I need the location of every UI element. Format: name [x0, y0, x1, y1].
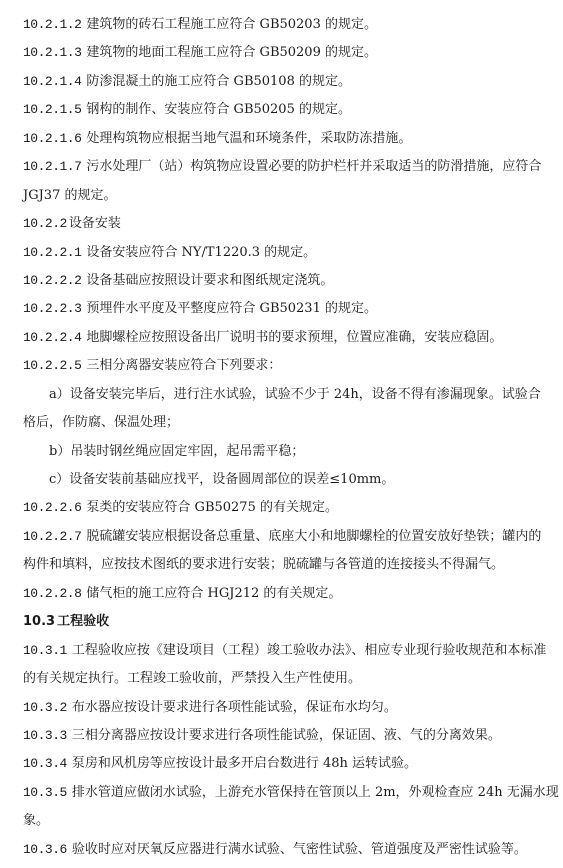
clause-number: 10.3.2: [23, 700, 67, 715]
clause-10-3-2: 10.3.2布水器应按设计要求进行各项性能试验，保证布水均匀。: [23, 694, 543, 722]
clause-text: 储气柜的施工应符合 HGJ212 的有关规定。: [86, 586, 341, 601]
clause-10-3-6: 10.3.6验收时应对厌氧反应器进行满水试验、气密性试验、管道强度及严密性试验等…: [23, 836, 543, 864]
clause-text: 排水管道应做闭水试验，上游充水管保持在管顶以上 2m，外观检查应 24h 无漏水…: [72, 785, 559, 800]
clause-10-2-1-5: 10.2.1.5钢构的制作、安装应符合 GB50205 的规定。: [23, 96, 543, 124]
clause-10-2-1-2: 10.2.1.2建筑物的砖石工程施工应符合 GB50203 的规定。: [23, 11, 543, 39]
clause-10-3-1: 10.3.1工程验收应按《建设项目（工程）竣工验收办法》、相应专业现行验收规范和…: [23, 637, 543, 665]
list-item-text: c）设备安装前基础应找平，设备圆周部位的误差≤10mm。: [49, 472, 394, 487]
clause-10-3-5: 10.3.5排水管道应做闭水试验，上游充水管保持在管顶以上 2m，外观检查应 2…: [23, 779, 543, 807]
clause-10-2-2-3: 10.2.2.3预埋件水平度及平整度应符合 GB50231 的规定。: [23, 295, 543, 323]
list-item-b: b）吊装时钢丝绳应固定牢固，起吊需平稳；: [23, 438, 543, 466]
clause-number: 10.2.1.7: [23, 159, 81, 174]
clause-text: 验收时应对厌氧反应器进行满水试验、气密性试验、管道强度及严密性试验等。: [72, 842, 527, 857]
clause-10-3-3: 10.3.3三相分离器应按设计要求进行各项性能试验，保证固、液、气的分离效果。: [23, 722, 543, 750]
clause-text: 地脚螺栓应按照设备出厂说明书的要求预埋，位置应准确，安装应稳固。: [86, 330, 502, 345]
clause-number: 10.2.2.8: [23, 586, 81, 601]
section-10-3-heading: 10.3工程验收: [23, 608, 543, 636]
document-page: 10.2.1.2建筑物的砖石工程施工应符合 GB50203 的规定。 10.2.…: [23, 11, 543, 864]
clause-number: 10.2.2.7: [23, 529, 81, 544]
list-item-a-cont: 格后，作防腐、保温处理；: [23, 409, 543, 437]
clause-number: 10.2.1.2: [23, 17, 81, 32]
clause-number: 10.2.2.2: [23, 273, 81, 288]
list-item-text: 格后，作防腐、保温处理；: [23, 415, 179, 430]
clause-text: 建筑物的地面工程施工应符合 GB50209 的规定。: [86, 45, 377, 60]
clause-10-2-2-4: 10.2.2.4地脚螺栓应按照设备出厂说明书的要求预埋，位置应准确，安装应稳固。: [23, 324, 543, 352]
clause-text: 泵房和风机房等应按设计最多开启台数进行 48h 运转试验。: [72, 756, 417, 771]
clause-10-2-2-6: 10.2.2.6泵类的安装应符合 GB50275 的有关规定。: [23, 494, 543, 522]
list-item-text: b）吊装时钢丝绳应固定牢固，起吊需平稳；: [49, 444, 304, 459]
clause-number: 10.2.2.5: [23, 358, 81, 373]
clause-text: 脱硫罐安装应根据设备总重量、底座大小和地脚螺栓的位置安放好垫铁；罐内的: [86, 529, 541, 544]
clause-text: 处理构筑物应根据当地气温和环境条件，采取防冻措施。: [86, 131, 411, 146]
clause-10-2-2-1: 10.2.2.1设备安装应符合 NY/T1220.3 的规定。: [23, 239, 543, 267]
clause-number: 10.2.1.5: [23, 102, 81, 117]
clause-number: 10.2.2.6: [23, 500, 81, 515]
clause-text: 布水器应按设计要求进行各项性能试验，保证布水均匀。: [72, 700, 397, 715]
section-number: 10.2.2: [23, 216, 67, 231]
clause-text: 三相分离器应按设计要求进行各项性能试验，保证固、液、气的分离效果。: [72, 728, 501, 743]
clause-text: 设备基础应按照设计要求和图纸规定浇筑。: [86, 273, 333, 288]
clause-number: 10.3.6: [23, 842, 67, 857]
clause-10-2-1-3: 10.2.1.3建筑物的地面工程施工应符合 GB50209 的规定。: [23, 39, 543, 67]
clause-text: 钢构的制作、安装应符合 GB50205 的规定。: [86, 102, 351, 117]
clause-10-2-1-6: 10.2.1.6处理构筑物应根据当地气温和环境条件，采取防冻措施。: [23, 125, 543, 153]
section-title: 设备安装: [69, 216, 121, 231]
clause-text: 工程验收应按《建设项目（工程）竣工验收办法》、相应专业现行验收规范和本标准: [72, 643, 547, 658]
clause-10-2-2-7-cont: 构件和填料，应按技术图纸的要求进行安装；脱硫罐与各管道的连接接头不得漏气。: [23, 551, 543, 579]
clause-text: 象。: [23, 813, 49, 828]
clause-10-3-5-cont: 象。: [23, 807, 543, 835]
clause-number: 10.2.2.1: [23, 245, 81, 260]
clause-number: 10.2.2.3: [23, 301, 81, 316]
clause-text: 污水处理厂（站）构筑物应设置必要的防护栏杆并采取适当的防滑措施，应符合: [86, 159, 541, 174]
clause-text: 泵类的安装应符合 GB50275 的有关规定。: [86, 500, 338, 515]
list-item-text: a）设备安装完毕后，进行注水试验，试验不少于 24h，设备不得有渗漏现象。试验合: [49, 387, 541, 402]
section-10-2-2: 10.2.2设备安装: [23, 210, 543, 238]
section-number: 10.3: [23, 614, 55, 629]
clause-10-3-4: 10.3.4泵房和风机房等应按设计最多开启台数进行 48h 运转试验。: [23, 750, 543, 778]
clause-text: 建筑物的砖石工程施工应符合 GB50203 的规定。: [86, 17, 377, 32]
clause-text: 预埋件水平度及平整度应符合 GB50231 的规定。: [86, 301, 377, 316]
clause-number: 10.2.1.4: [23, 74, 81, 89]
section-title: 工程验收: [57, 614, 109, 629]
clause-10-2-2-2: 10.2.2.2设备基础应按照设计要求和图纸规定浇筑。: [23, 267, 543, 295]
clause-number: 10.2.1.3: [23, 45, 81, 60]
clause-number: 10.2.2.4: [23, 330, 81, 345]
list-item-c: c）设备安装前基础应找平，设备圆周部位的误差≤10mm。: [23, 466, 543, 494]
clause-text: 防渗混凝土的施工应符合 GB50108 的规定。: [86, 74, 351, 89]
clause-10-2-2-5: 10.2.2.5三相分离器安装应符合下列要求：: [23, 352, 543, 380]
clause-10-3-1-cont: 的有关规定执行。工程竣工验收前，严禁投入生产性使用。: [23, 665, 543, 693]
clause-number: 10.3.4: [23, 756, 67, 771]
clause-10-2-1-7: 10.2.1.7污水处理厂（站）构筑物应设置必要的防护栏杆并采取适当的防滑措施，…: [23, 153, 543, 181]
clause-10-2-2-7: 10.2.2.7脱硫罐安装应根据设备总重量、底座大小和地脚螺栓的位置安放好垫铁；…: [23, 523, 543, 551]
clause-text: 三相分离器安装应符合下列要求：: [86, 358, 281, 373]
clause-text: JGJ37 的规定。: [23, 188, 116, 203]
clause-number: 10.3.3: [23, 728, 67, 743]
list-item-a: a）设备安装完毕后，进行注水试验，试验不少于 24h，设备不得有渗漏现象。试验合: [23, 381, 543, 409]
clause-number: 10.2.1.6: [23, 131, 81, 146]
clause-10-2-1-7-cont: JGJ37 的规定。: [23, 182, 543, 210]
clause-number: 10.3.5: [23, 785, 67, 800]
clause-number: 10.3.1: [23, 643, 67, 658]
clause-10-2-2-8: 10.2.2.8储气柜的施工应符合 HGJ212 的有关规定。: [23, 580, 543, 608]
clause-10-2-1-4: 10.2.1.4防渗混凝土的施工应符合 GB50108 的规定。: [23, 68, 543, 96]
clause-text: 设备安装应符合 NY/T1220.3 的规定。: [86, 245, 316, 260]
clause-text: 的有关规定执行。工程竣工验收前，严禁投入生产性使用。: [23, 671, 361, 686]
clause-text: 构件和填料，应按技术图纸的要求进行安装；脱硫罐与各管道的连接接头不得漏气。: [23, 557, 504, 572]
